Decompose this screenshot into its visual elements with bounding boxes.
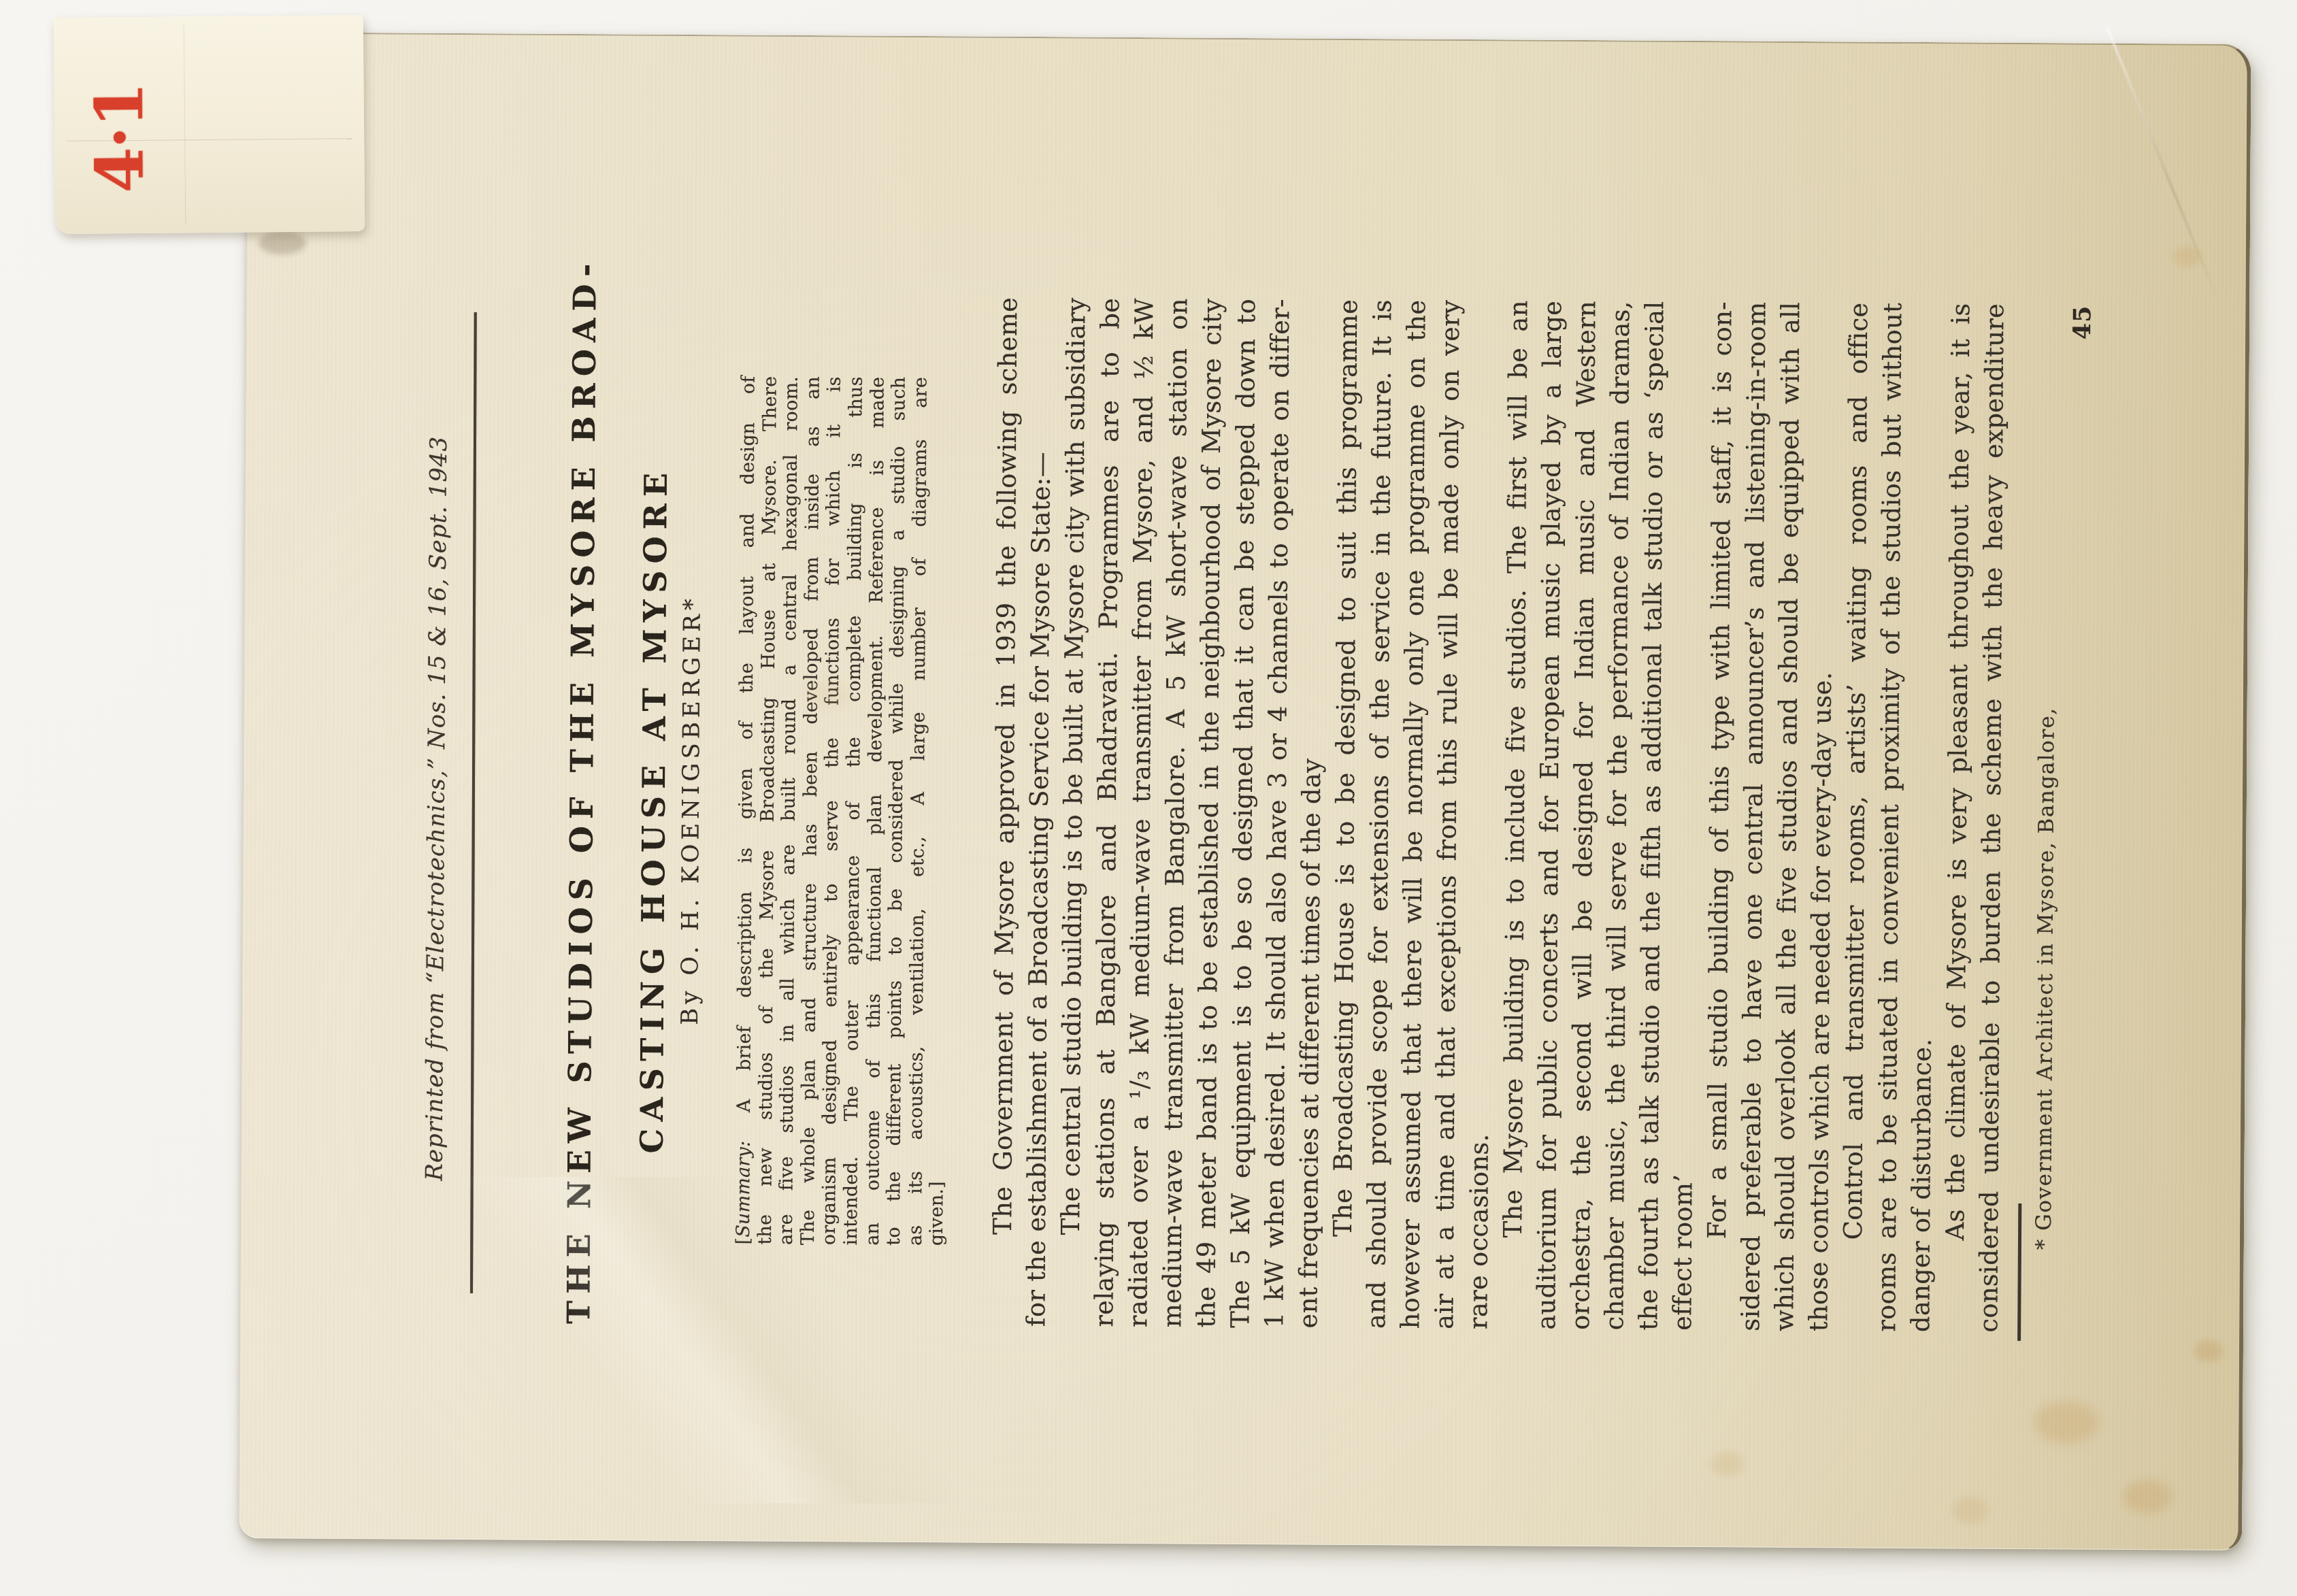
text-line: for the establishment of a Broadcasting … — [1019, 297, 1059, 1327]
text-line: medium-wave transmitter from Bangalore. … — [1155, 298, 1195, 1327]
reprint-source-note: Reprinted from “Electrotechnics,” Nos. 1… — [420, 294, 453, 1323]
stamp-number: 4·1 — [81, 56, 159, 220]
text-line: considered undesirable to burden the sch… — [1972, 303, 2012, 1333]
page-number: 45 — [2068, 305, 2096, 339]
text-line: The Broadcasting House is to be designed… — [1325, 299, 1366, 1329]
text-line: the fourth as talk studio and the fifth … — [1632, 301, 1672, 1331]
text-line: chamber music, the third will serve for … — [1598, 301, 1638, 1330]
paragraph: For a small studio building of this type… — [1700, 301, 1842, 1331]
text-line: however assumed that there will be norma… — [1393, 299, 1434, 1329]
text-line: The central studio building is to be bui… — [1053, 297, 1093, 1327]
text-line: air at a time and that exceptions from t… — [1427, 300, 1468, 1329]
summary-block: [Summary: A brief description is given o… — [733, 376, 953, 1246]
text-line: ent frequencies at different times of th… — [1291, 299, 1332, 1328]
text-line: As the climate of Mysore is very pleasan… — [1938, 303, 1978, 1332]
paragraph: The Mysore building is to include five s… — [1495, 300, 1706, 1331]
scanner-background: Reprinted from “Electrotechnics,” Nos. 1… — [0, 0, 2297, 1596]
text-line: effect room’ — [1666, 301, 1706, 1331]
text-line: the 49 meter band is to be established i… — [1189, 299, 1229, 1328]
text-line: and should provide scope for extensions … — [1359, 299, 1400, 1329]
paragraph: Control and transmitter rooms, artists’ … — [1836, 302, 1944, 1332]
scanned-page: Reprinted from “Electrotechnics,” Nos. 1… — [239, 32, 2251, 1550]
footnote-rule — [2017, 1203, 2021, 1341]
text-line: The Mysore building is to include five s… — [1495, 300, 1536, 1329]
byline: By O. H. KOENIGSBERGER* — [674, 295, 708, 1325]
paragraph: The central studio building is to be bui… — [1053, 297, 1332, 1328]
text-line: rare occasions. — [1461, 300, 1502, 1329]
text-line: rooms are to be situated in convenient p… — [1870, 303, 1910, 1332]
text-line: auditorium for public concerts and for E… — [1530, 301, 1570, 1330]
text-line: which should overlook all the five studi… — [1768, 302, 1808, 1331]
page-content: Reprinted from “Electrotechnics,” Nos. 1… — [240, 293, 2249, 1334]
page-title-line-2: CASTING HOUSE AT MYSORE — [632, 295, 675, 1325]
text-line: The 5 kW equipment is to be so designed … — [1223, 299, 1263, 1328]
paragraph: The Government of Mysore approved in 193… — [985, 297, 1059, 1327]
text-line: The Government of Mysore approved in 193… — [985, 297, 1025, 1327]
footnote: * Government Architect in Mysore, Bangal… — [2032, 707, 2060, 1250]
page-title-line-1: THE NEW STUDIOS OF THE MYSORE BROAD- — [560, 295, 603, 1324]
paragraph: The Broadcasting House is to be designed… — [1325, 299, 1502, 1329]
article-body: The Government of Mysore approved in 193… — [985, 297, 2012, 1333]
text-line: radiated over a ¹/₃ kW medium-wave trans… — [1121, 298, 1161, 1327]
paragraph: As the climate of Mysore is very pleasan… — [1938, 303, 2012, 1333]
header-rule — [470, 312, 477, 1293]
text-line: sidered preferable to have one central a… — [1734, 301, 1774, 1331]
text-line: Control and transmitter rooms, artists’ … — [1836, 302, 1876, 1331]
text-line: For a small studio building of this type… — [1700, 301, 1740, 1331]
text-line: 1 kW when desired. It should also have 3… — [1257, 299, 1298, 1328]
text-line: relaying stations at Bangalore and Bhadr… — [1087, 298, 1127, 1327]
corner-tab: 4·1 — [54, 15, 365, 234]
text-line: danger of disturbance. — [1904, 303, 1944, 1332]
text-line: those controls which are needed for ever… — [1802, 302, 1842, 1331]
text-line: orchestra, the second will be designed f… — [1564, 301, 1604, 1330]
document-sheet: Reprinted from “Electrotechnics,” Nos. 1… — [239, 32, 2251, 1550]
